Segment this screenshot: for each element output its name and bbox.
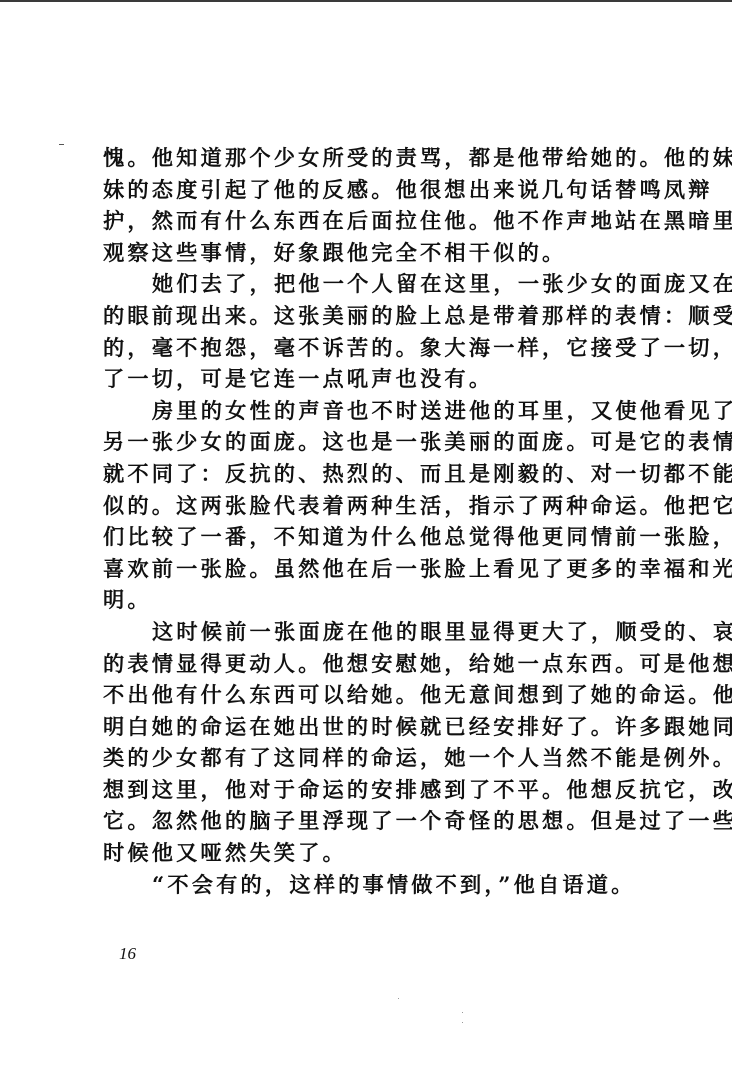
text-line: 的，毫不抱怨，毫不诉苦的。象大海一样，它接受了一切，吞下	[103, 332, 599, 364]
text-line: 的眼前现出来。这张美丽的脸上总是带着那样的表情：顺受	[103, 300, 599, 332]
paragraph-3: 房里的女性的声音也不时送进他的耳里，又使他看见了 另一张少女的面庞。这也是一张美…	[103, 395, 599, 616]
text-line: 护，然而有什么东西在后面拉住他。他不作声地站在黑暗里，	[103, 205, 599, 237]
page-top-edge	[0, 0, 732, 2]
text-line: 们比较了一番，不知道为什么他总觉得他更同情前一张脸，更	[103, 521, 599, 553]
text-line: 另一张少女的面庞。这也是一张美丽的面庞。可是它的表情	[103, 426, 599, 458]
text-line: 喜欢前一张脸。虽然他在后一张脸上看见了更多的幸福和光	[103, 553, 599, 585]
paragraph-4: 这时候前一张面庞在他的眼里显得更大了，顺受的、哀求 的表情显得更动人。他想安慰她…	[103, 616, 599, 869]
text-line: 想到这里，他对于命运的安排感到了不平。他想反抗它，改变	[103, 774, 599, 806]
text-line: 似的。这两张脸代表着两种生活，指示了两种命运。他把它	[103, 490, 599, 522]
text-line: 它。忽然他的脑子里浮现了一个奇怪的思想。但是过了一些	[103, 805, 599, 837]
text-line: 不出他有什么东西可以给她。他无意间想到了她的命运。他	[103, 679, 599, 711]
text-line: 了一切，可是它连一点吼声也没有。	[103, 363, 599, 395]
text-line: 的表情显得更动人。他想安慰她，给她一点东西。可是他想	[103, 648, 599, 680]
text-line: 观察这些事情，好象跟他完全不相干似的。	[103, 237, 599, 269]
scan-speck	[398, 998, 399, 999]
text-line: 愧。他知道那个少女所受的责骂，都是他带给她的。他的妹	[103, 142, 599, 174]
scan-artifact-mark	[59, 144, 64, 145]
text-line: 时候他又哑然失笑了。	[103, 837, 599, 869]
scan-speck	[462, 1022, 463, 1023]
paragraph-1: 愧。他知道那个少女所受的责骂，都是他带给她的。他的妹 妹的态度引起了他的反感。他…	[103, 142, 599, 268]
text-line: 妹的态度引起了他的反感。他很想出来说几句话替鸣凤辩	[103, 174, 599, 206]
scan-speck	[462, 1012, 463, 1013]
text-line: 明。	[103, 584, 599, 616]
scan-speck	[540, 875, 541, 876]
text-line: 这时候前一张面庞在他的眼里显得更大了，顺受的、哀求	[103, 616, 599, 648]
page-number: 16	[119, 944, 136, 964]
text-line: 类的少女都有了这同样的命运，她一个人当然不能是例外。	[103, 742, 599, 774]
paragraph-5: “不会有的，这样的事情做不到，”他自语道。	[103, 869, 599, 901]
text-line: 房里的女性的声音也不时送进他的耳里，又使他看见了	[103, 395, 599, 427]
paragraph-2: 她们去了，把他一个人留在这里，一张少女的面庞又在他 的眼前现出来。这张美丽的脸上…	[103, 268, 599, 394]
text-line: 她们去了，把他一个人留在这里，一张少女的面庞又在他	[103, 268, 599, 300]
text-line: 明白她的命运在她出世的时候就已经安排好了。许多跟她同	[103, 711, 599, 743]
text-line: “不会有的，这样的事情做不到，”他自语道。	[103, 869, 599, 901]
page-body-text: 愧。他知道那个少女所受的责骂，都是他带给她的。他的妹 妹的态度引起了他的反感。他…	[103, 142, 599, 900]
text-line: 就不同了：反抗的、热烈的、而且是刚毅的、对一切都不能忍受	[103, 458, 599, 490]
